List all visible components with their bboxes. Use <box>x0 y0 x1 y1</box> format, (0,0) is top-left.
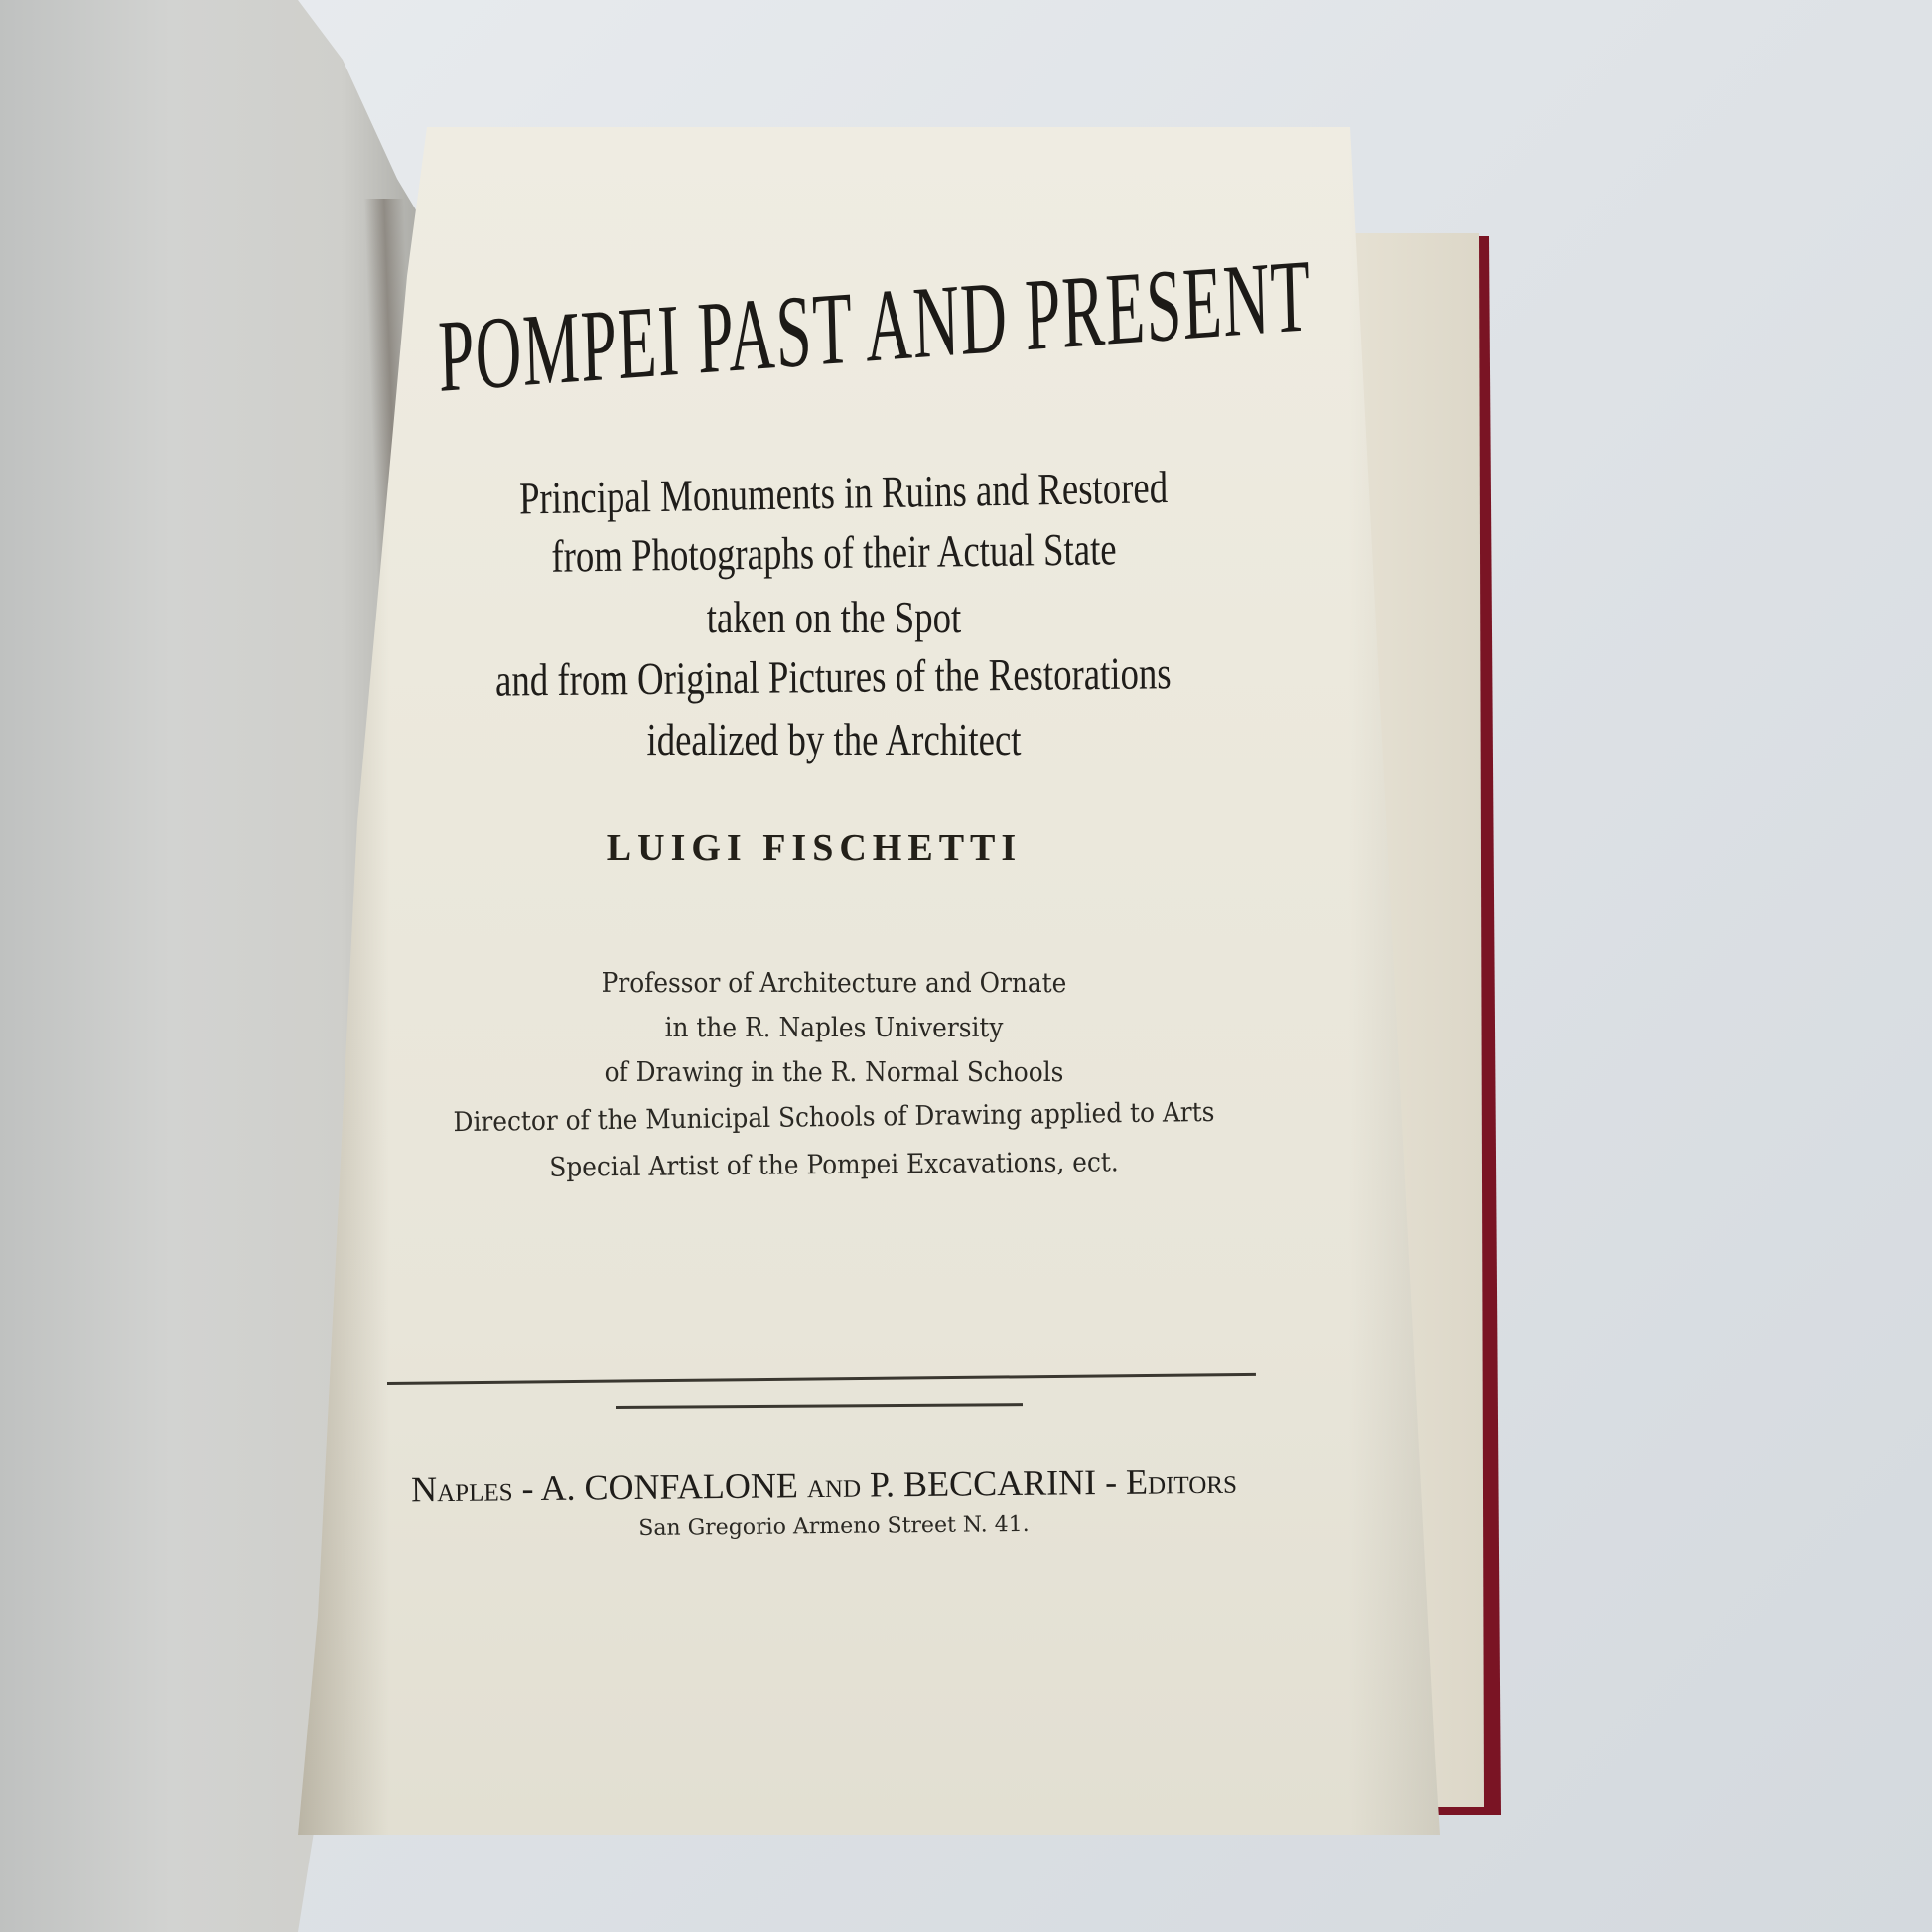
conjunction: and <box>798 1465 871 1506</box>
subtitle-line: idealized by the Architect <box>524 713 1144 765</box>
credential-line: Professor of Architecture and Ornate <box>469 968 1199 999</box>
publisher-role: Editors <box>1126 1461 1237 1502</box>
subtitle-line: taken on the Spot <box>524 591 1144 643</box>
subtitle-line: and from Original Pictures of the Restor… <box>495 646 1163 706</box>
publisher-city: Naples <box>411 1468 513 1509</box>
credential-line: in the R. Naples University <box>469 1013 1199 1043</box>
subtitle-line: from Photographs of their Actual State <box>524 522 1144 583</box>
separator: - <box>1096 1462 1126 1502</box>
publisher-name-2: P. BECCARINI <box>870 1462 1096 1504</box>
credential-line: of Drawing in the R. Normal Schools <box>469 1057 1199 1088</box>
subtitle-line: Principal Monuments in Ruins and Restore… <box>519 462 1140 525</box>
publisher-imprint: Naples - A. CONFALONE and P. BECCARINI -… <box>397 1459 1251 1510</box>
publisher-name-1: A. CONFALONE <box>540 1465 798 1508</box>
separator: - <box>512 1468 540 1508</box>
author-name: LUIGI FISCHETTI <box>556 826 1072 870</box>
